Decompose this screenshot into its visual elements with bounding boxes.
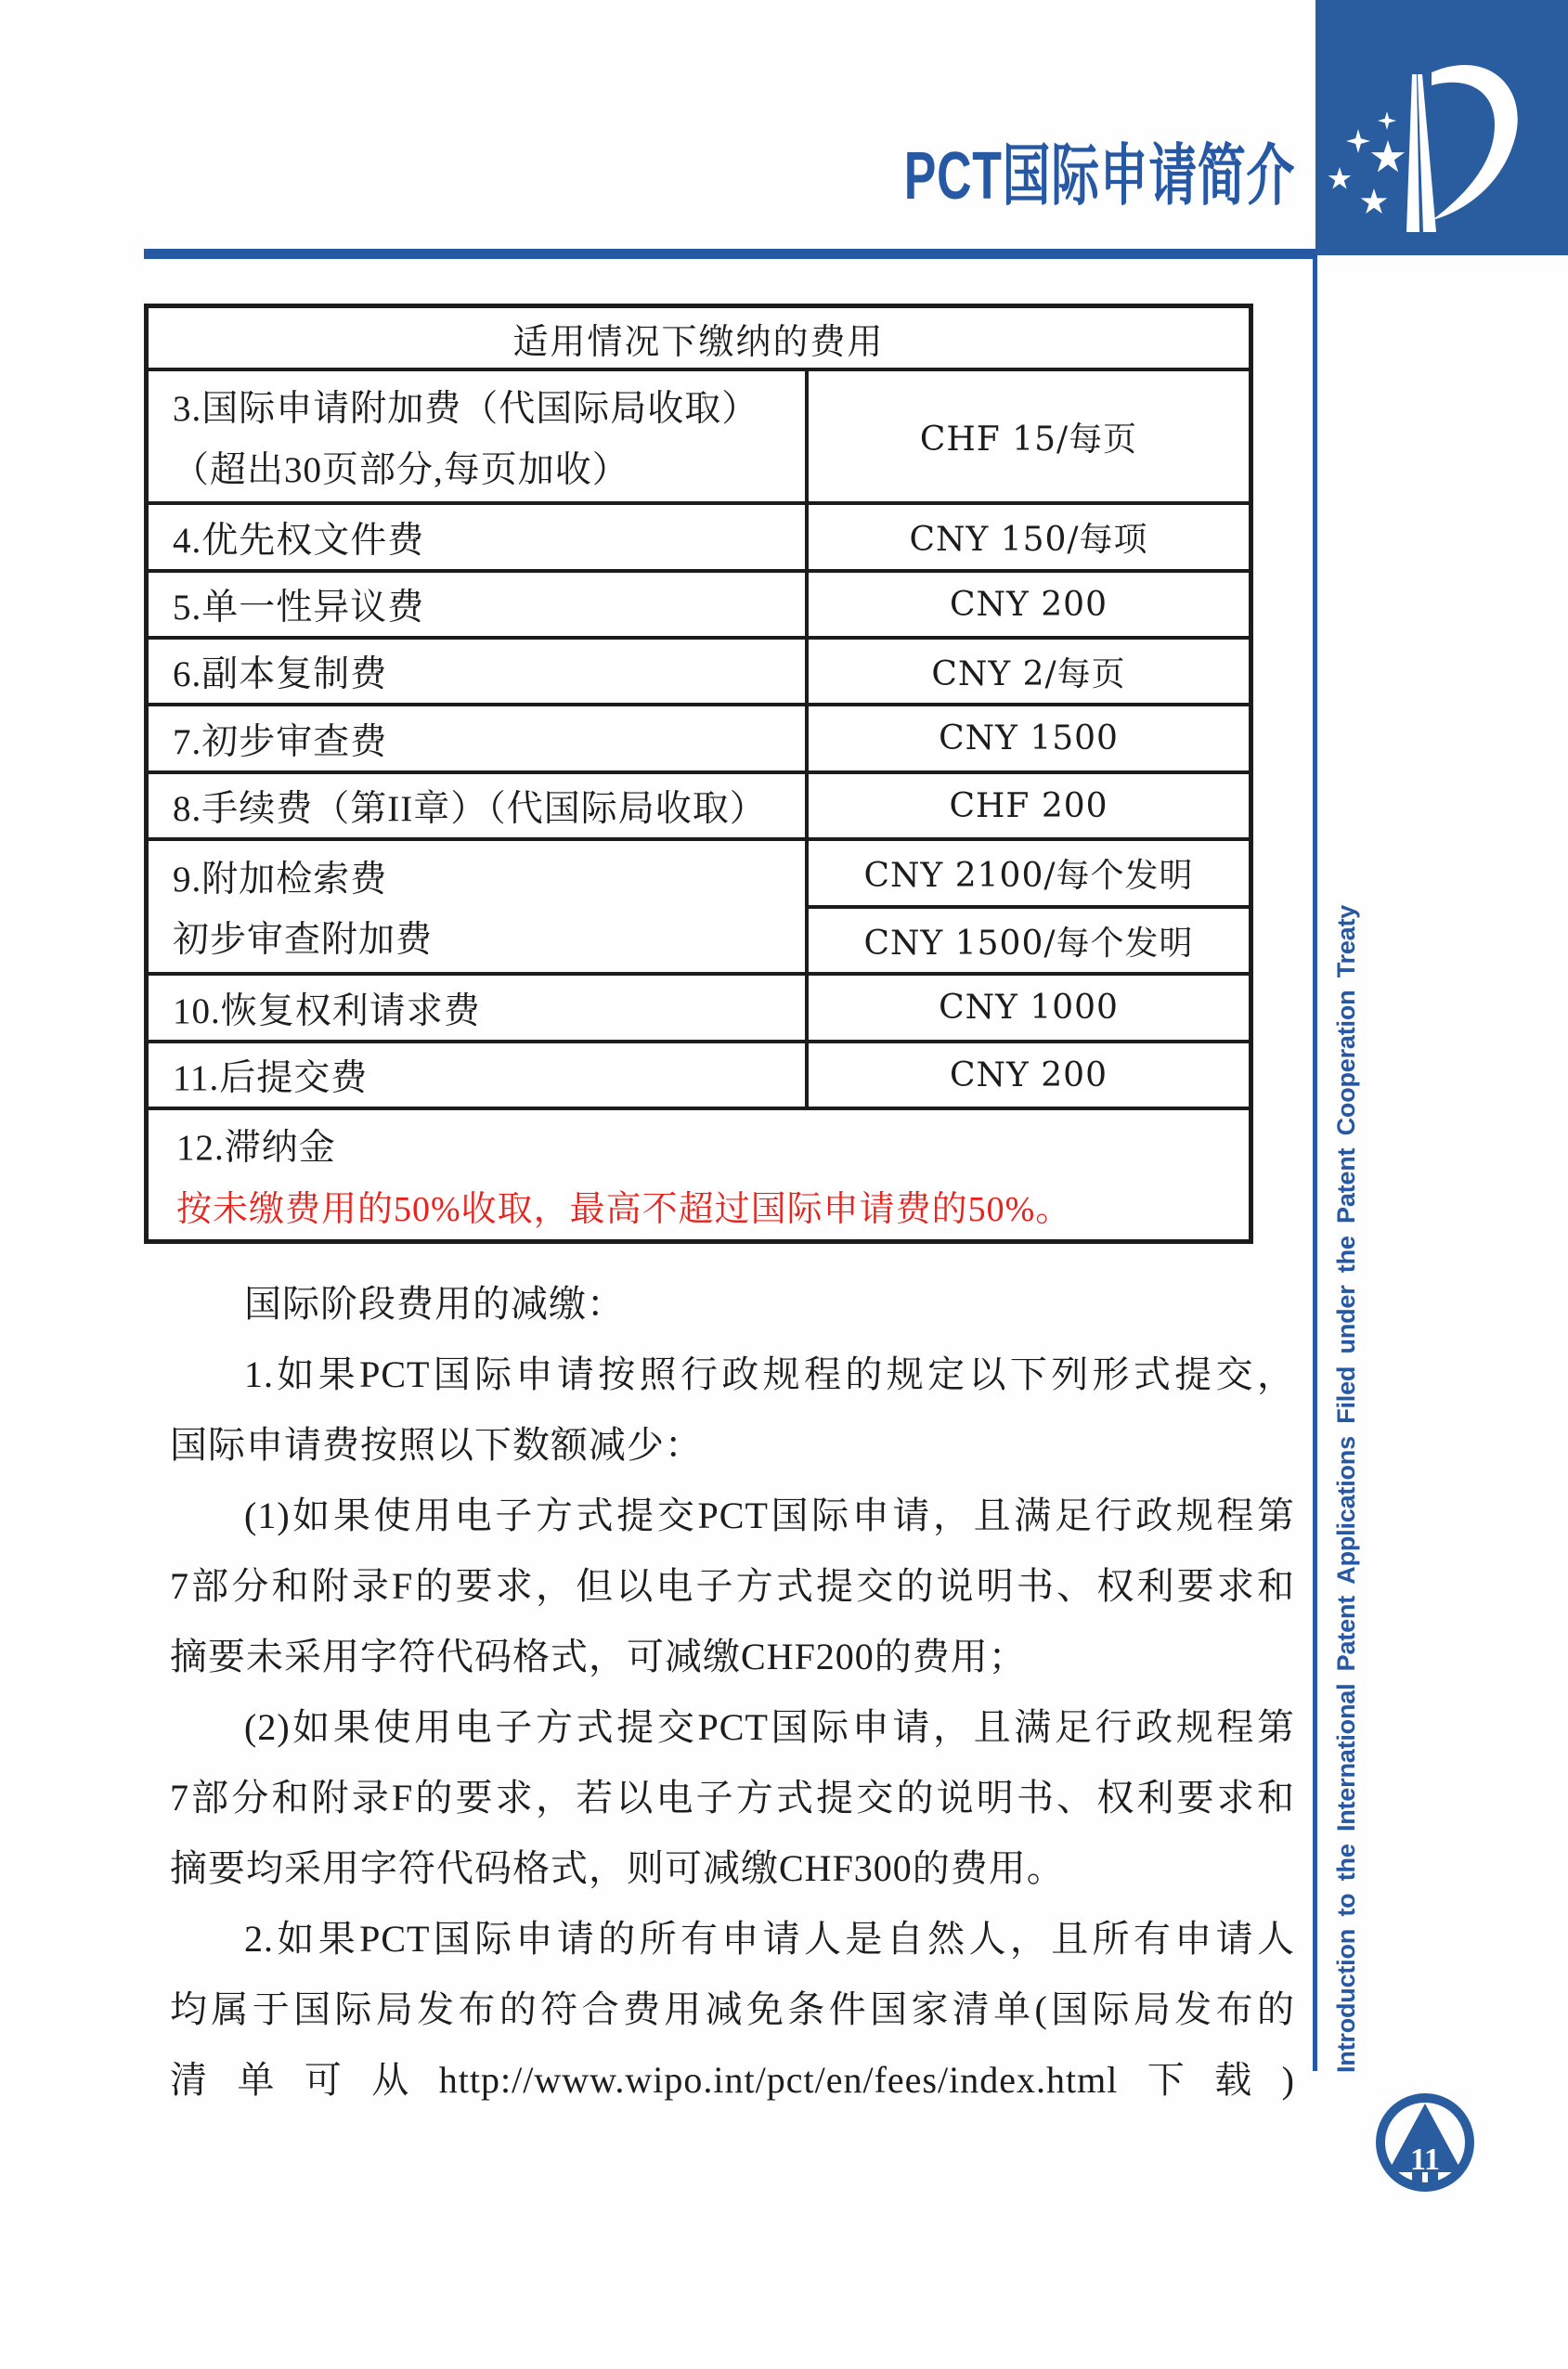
body-line: 1.如果PCT国际申请按照行政规程的规定以下列形式提交， <box>170 1340 1295 1410</box>
header-logo-box <box>1315 0 1568 255</box>
fee-label-cell: 9.附加检索费 初步审查附加费 <box>149 841 805 972</box>
fee-value-cell: CNY 200 <box>809 1043 1249 1107</box>
fee-label-cell: 4.优先权文件费 <box>149 505 805 569</box>
page-title: PCT国际申请简介 <box>904 139 1295 214</box>
fee-label-cell: 5.单一性异议费 <box>149 573 805 636</box>
fee-value-cell: CNY 1500 <box>809 706 1249 770</box>
fee-label-line: 初步审查附加费 <box>173 911 433 963</box>
body-line: 7部分和附录F的要求，若以电子方式提交的说明书、权利要求和 <box>170 1763 1295 1833</box>
fee-label-line: 12.滞纳金 <box>176 1119 336 1171</box>
fee-label-cell: 10.恢复权利请求费 <box>149 976 805 1040</box>
fee-value-cell: CHF 15/每页 <box>809 371 1249 501</box>
fee-value-cell: CNY 2/每页 <box>809 640 1249 703</box>
tree-in-circle-badge-icon: 11 <box>1371 2184 1479 2200</box>
body-line: 2.如果PCT国际申请的所有申请人是自然人，且所有申请人 <box>170 1904 1295 1974</box>
fee-value-cell: CNY 150/每项 <box>809 505 1249 569</box>
body-line: 清单可从http://www.wipo.int/pct/en/fees/inde… <box>170 2045 1295 2116</box>
cnipa-stars-monument-emblem-icon <box>1315 243 1568 259</box>
body-text: 国际阶段费用的减缴： 1.如果PCT国际申请按照行政规程的规定以下列形式提交， … <box>170 1269 1295 2116</box>
fee-value-cell: CNY 1500/每个发明 <box>809 909 1249 972</box>
header-rule <box>144 249 1315 259</box>
fee-label-cell: 11.后提交费 <box>149 1043 805 1107</box>
fee-label-cell: 3.国际申请附加费（代国际局收取） （超出30页部分,每页加收） <box>149 371 805 501</box>
fee-value-cell: CNY 1000 <box>809 976 1249 1040</box>
sidebar-rule <box>1313 255 1317 2071</box>
fee-table-caption: 适用情况下缴纳的费用 <box>149 308 1249 368</box>
body-line: 国际申请费按照以下数额减少： <box>170 1410 1295 1481</box>
body-line: 摘要未采用字符代码格式，可减缴CHF200的费用； <box>170 1622 1295 1692</box>
fee-label-cell: 7.初步审查费 <box>149 706 805 770</box>
fee-row-late-fee: 12.滞纳金 按未缴费用的50%收取，最高不超过国际申请费的50%。 <box>149 1110 1249 1239</box>
fee-value-cell: CNY 200 <box>809 573 1249 636</box>
fee-label-line: 3.国际申请附加费（代国际局收取） <box>173 380 758 432</box>
fee-value-cell: CNY 2100/每个发明 <box>809 841 1249 905</box>
fee-label-line: （超出30页部分,每页加收） <box>173 441 629 493</box>
fee-label-cell: 8.手续费（第II章）（代国际局收取） <box>149 774 805 837</box>
fee-table: 适用情况下缴纳的费用 3.国际申请附加费（代国际局收取） （超出30页部分,每页… <box>144 304 1253 1244</box>
fee-value-cell: CHF 200 <box>809 774 1249 837</box>
body-line: 国际阶段费用的减缴： <box>170 1269 1295 1340</box>
page-number-badge: 11 <box>1371 2089 1479 2196</box>
fee-label-cell: 6.副本复制费 <box>149 640 805 703</box>
body-line: 摘要均采用字符代码格式，则可减缴CHF300的费用。 <box>170 1833 1295 1904</box>
document-page: PCT国际申请简介 <box>0 0 1568 2369</box>
fee-label-line: 9.附加检索费 <box>173 850 387 902</box>
body-line: 均属于国际局发布的符合费用减免条件国家清单(国际局发布的 <box>170 1974 1295 2045</box>
page-number: 11 <box>1410 2142 1440 2177</box>
sidebar-vertical-caption: Introduction to the International Patent… <box>1328 905 1365 2073</box>
body-line: (2)如果使用电子方式提交PCT国际申请，且满足行政规程第 <box>170 1692 1295 1763</box>
body-line: 7部分和附录F的要求，但以电子方式提交的说明书、权利要求和 <box>170 1551 1295 1622</box>
body-line: (1)如果使用电子方式提交PCT国际申请，且满足行政规程第 <box>170 1481 1295 1551</box>
late-fee-note: 按未缴费用的50%收取，最高不超过国际申请费的50%。 <box>176 1180 1071 1231</box>
